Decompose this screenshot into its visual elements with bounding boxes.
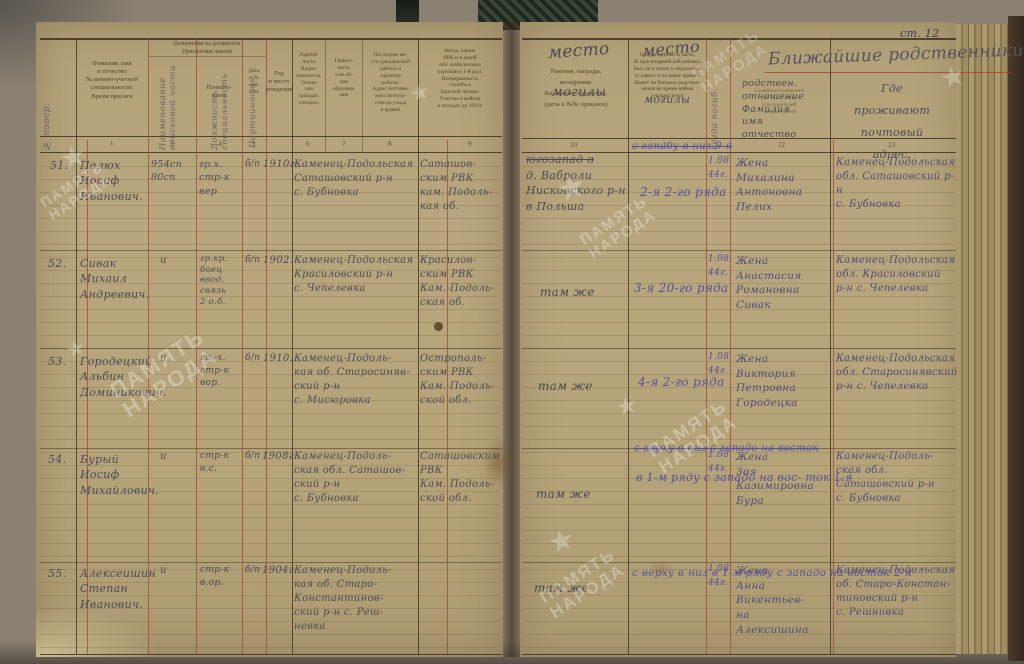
cell-unit: 954сп 80сп	[151, 158, 182, 185]
cell-duty: гр.х. стр-к вер	[199, 158, 230, 198]
cell-address: Каменец-Подольская обл. Красиловский р-н…	[836, 254, 960, 296]
left-colnum-7: 7	[342, 140, 346, 148]
cell-party: б/п	[245, 450, 260, 463]
table-row: 52. Сивак Михаил Андреевич. и гр.кр. бое…	[0, 250, 1024, 348]
cell-name: Пелюх Иосиф Иванович.	[80, 158, 143, 204]
cell-death-date: 1.08 44г.	[708, 448, 729, 477]
cell-duty: гр.-х. стр-к вор.	[200, 352, 229, 390]
annotation-death-date-col: когда погиб.	[710, 60, 720, 150]
cell-unit: и	[160, 254, 167, 268]
cell-address: Каменец-Подольская об. Старо-Констан- ти…	[836, 564, 960, 620]
cell-birthplace: Каменец-Подоль- ская обл. Саташов- ский …	[294, 450, 424, 506]
cell-address: Каменец-Подольская обл. Старосинявский р…	[836, 352, 960, 394]
cell-place: там же	[538, 378, 593, 395]
right-colnum-13: 13	[888, 141, 895, 149]
header-col10-annotation-grave: могилы	[552, 84, 606, 102]
cell-rvk: Саташовским РВК Кам. Подоль- ской обл.	[420, 450, 502, 506]
cell-unit: и	[160, 450, 167, 464]
header-col11-annotation-grave: могилы	[644, 92, 690, 107]
cell-party: б/п	[245, 352, 260, 365]
right-red-title-rule	[765, 72, 1012, 73]
left-colnum-9: 9	[468, 140, 472, 148]
cell-place: там же	[534, 580, 589, 597]
cell-birthplace: Каменец-Подоль- кая об. Старо- Константи…	[294, 564, 444, 634]
cell-address: Каменец-Подоль- ская обл. Саташовский р-…	[836, 450, 960, 506]
cell-birthplace: Каменец-Подольская Саташовский р-н с. Бу…	[294, 158, 424, 200]
cell-birthplace: Каменец-Подоль- кая об. Старосиняв- ский…	[294, 352, 429, 408]
table-row: 51. Пелюх Иосиф Иванович. 954сп 80сп гр.…	[0, 152, 1024, 250]
cell-grave-struck: с западу в низ 9-я	[632, 140, 732, 154]
left-colnum-4: 4	[218, 140, 222, 148]
annotation-unit-col: Наименование войсковой части	[158, 42, 178, 150]
cell-year: 1904г.	[262, 564, 297, 578]
header-part-col: Партий- ность Нацио- нальность. Основ- н…	[294, 52, 324, 107]
cell-relative: Жена Анна Викентьев- на Алексишина	[736, 564, 809, 637]
right-colnum-10: 10	[570, 141, 577, 149]
cell-relative: Жена Михалина Антоновна Пелих	[736, 156, 802, 215]
cell-relative: Жена Виктория Петровна Городецка	[736, 352, 798, 411]
left-colnum-8: 8	[388, 140, 392, 148]
left-colnum-6: 6	[306, 140, 310, 148]
cell-death-date: 1.08 44г.	[708, 350, 729, 379]
left-colnum-1: 1	[110, 140, 114, 148]
header-name-col: Фамилия, имя и отчество № военно-учетной…	[79, 60, 145, 101]
cell-death-date: 1.08 44г.	[708, 562, 729, 591]
cell-relative: Жена Анастасия Романовна Сивак	[736, 254, 802, 313]
cell-duty: стр-к в.с.	[200, 450, 229, 475]
cell-rvk: Красилов- ским РВК Кам.-Подоль- ская об.	[420, 254, 502, 310]
annotation-duty-col: Должность специальность	[210, 44, 230, 150]
cell-year: 1910.	[263, 352, 293, 366]
right-colnum-12: 12	[778, 141, 785, 149]
cell-place: там же	[536, 486, 591, 503]
page-stamp: ст. 12	[900, 26, 939, 41]
cell-name: Бурый Иосиф Михайлович.	[80, 452, 159, 498]
header-col10-annotation-place: место	[547, 38, 610, 66]
cell-duty: гр.кр. боец ввод. связь 2 о.б.	[200, 254, 227, 307]
row-number: 54.	[48, 452, 66, 467]
left-header-top-rule	[40, 38, 502, 40]
header-rvk-col: Когда, каким РВК и в какой обл. мобилизо…	[420, 48, 500, 110]
left-colnum-5: 5	[252, 140, 256, 148]
cell-year: 1908г.	[262, 450, 297, 464]
cell-death-date: 1.08 44г.	[708, 252, 729, 281]
cell-rvk: Саташов- ским РВК кам. Подоль- кая об.	[420, 158, 502, 214]
cell-birthplace: Каменец-Подольская Красиловский р-н с. Ч…	[294, 254, 424, 296]
margin-number-note: № повер.	[42, 80, 52, 150]
cell-party: б/п	[245, 158, 260, 171]
row-number: 55.	[48, 566, 66, 581]
cell-place: д. Ваброли Нисковского р-н в Польша	[526, 168, 626, 214]
table-row: 54. Бурый Иосиф Михайлович. и стр-к в.с.…	[0, 448, 1024, 562]
table-row: 55. Алексеишин Степан Иванович. и стр-к …	[0, 562, 1024, 655]
cell-duty: стр-к в.ор.	[200, 564, 229, 589]
left-colnum-3: 3	[170, 140, 174, 148]
header-work-col: Последнее ме- сто гражданской работы и х…	[364, 52, 417, 114]
cell-unit: и	[160, 564, 167, 578]
table-row: 53. Городецкий Альбин Доминикович. и гр.…	[0, 348, 1024, 448]
header-col12-annotation: родствен. отношение Фамилия имя отчество	[742, 78, 804, 142]
cell-place-struck: югозапад в	[526, 152, 594, 167]
cell-name: Алексеишин Степан Иванович.	[80, 566, 156, 612]
header-gram-col: Грамот- ность или об- щее образова- ние	[327, 58, 361, 99]
cell-name: Сивак Михаил Андреевич.	[80, 256, 149, 302]
scanned-ledger-spread: № повер. Фамилия, имя и отчество № военн…	[0, 0, 1024, 664]
cell-unit: и	[160, 352, 167, 366]
vl-gram	[325, 38, 326, 152]
cell-grave: 3-я 20-го ряда	[634, 280, 728, 297]
cell-name: Городецкий Альбин Доминикович.	[80, 354, 167, 400]
cell-year: 1902.	[263, 254, 293, 268]
cell-rvk: Острополь- ским РВК Кам.-Подоль- ской об…	[420, 352, 502, 408]
row-number: 52.	[48, 256, 66, 271]
row-number: 53.	[48, 354, 66, 369]
cell-grave: 2-я 2-го ряда	[640, 184, 727, 201]
cell-relative: Жена Зоя Казимировна Бура	[736, 450, 814, 509]
cell-death-date: 1.08 44г.	[708, 154, 729, 183]
cell-place: там же	[540, 284, 595, 301]
cell-party: б/п	[245, 254, 260, 267]
annotation-party-col: Партийность	[248, 48, 258, 148]
left-numrow-rule	[40, 136, 502, 137]
vl-work	[362, 38, 363, 152]
cell-party: б/п	[245, 564, 260, 577]
row-number: 51.	[50, 158, 68, 173]
cell-address: Каменец-Подольская обл. Саташовский р-н …	[836, 156, 960, 212]
